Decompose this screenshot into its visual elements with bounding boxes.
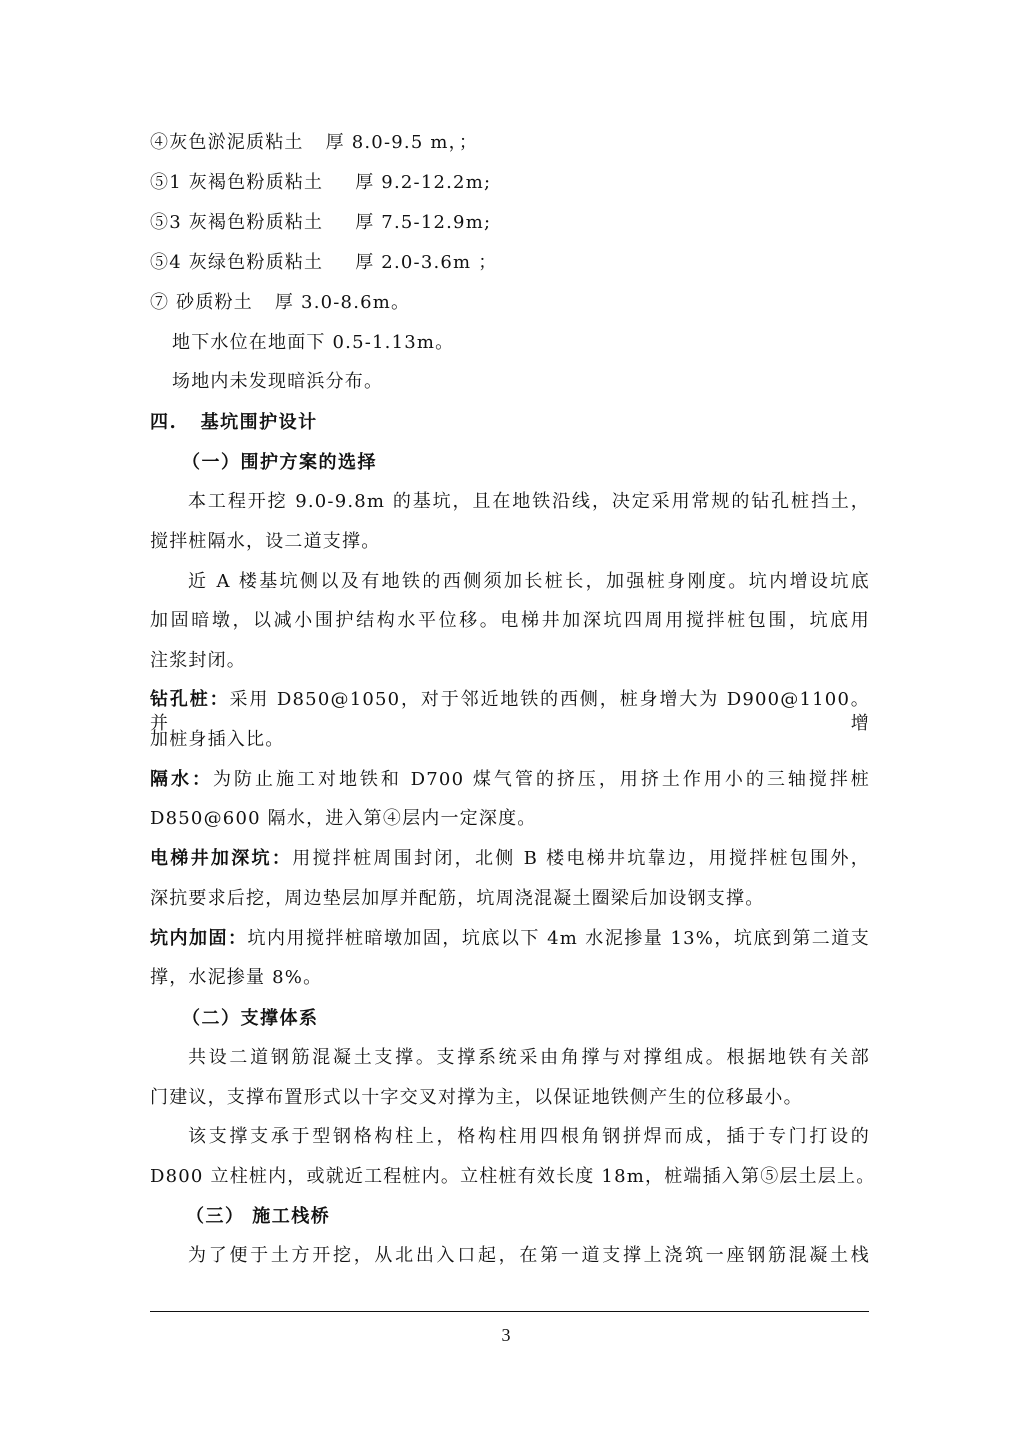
item-term: 隔水： (150, 769, 213, 790)
paragraph-line: 共设二道钢筋混凝土支撑。支撑系统采由角撑与对撑组成。根据地铁有关部 (188, 1046, 870, 1070)
soil-layer-5-3: ⑤3 灰褐色粉质粘土厚 7.5-12.9m; (150, 211, 870, 235)
soil-layer-thickness: 厚 2.0-3.6m ； (355, 252, 497, 273)
paragraph-line: 加桩身插入比。 (150, 728, 870, 752)
paragraph-line: 该支撑支承于型钢格构柱上，格构柱用四根角钢拼焊而成，插于专门打设的 (188, 1125, 870, 1149)
document-page: ④灰色淤泥质粘土厚 8.0-9.5 m，； ⑤1 灰褐色粉质粘土厚 9.2-12… (0, 0, 1012, 1431)
item-term: 钻孔桩： (150, 689, 230, 710)
soil-layer-thickness: 厚 7.5-12.9m; (355, 212, 491, 233)
paragraph-line: 近 A 楼基坑侧以及有地铁的西侧须加长桩长，加强桩身刚度。坑内增设坑底 (188, 570, 870, 594)
soil-layer-label: ⑤1 灰褐色粉质粘土 (150, 172, 323, 193)
soil-layer-label: ⑤4 灰绿色粉质粘土 (150, 252, 323, 273)
paragraph-line: 撑，水泥掺量 8%。 (150, 966, 870, 990)
footer-divider (150, 1311, 869, 1312)
paragraph-line: 深抗要求后挖，周边垫层加厚并配筋，坑周浇混凝土圈梁后加设钢支撑。 (150, 887, 870, 911)
subsection-heading-1: （一）围护方案的选择 (182, 451, 902, 475)
item-term: 坑内加固： (150, 928, 247, 949)
item-text: 为防止施工对地铁和 D700 煤气管的挤压，用挤土作用小的三轴搅拌桩 (213, 769, 870, 790)
soil-layer-label: ④灰色淤泥质粘土 (150, 132, 304, 153)
soil-layer-label: ⑦ 砂质粉土 (150, 292, 253, 313)
soil-layer-thickness: 厚 9.2-12.2m; (355, 172, 491, 193)
page-number: 3 (0, 1325, 1012, 1346)
paragraph-line: 门建议，支撑布置形式以十字交叉对撑为主，以保证地铁侧产生的位移最小。 (150, 1086, 870, 1110)
item-text: 坑内用搅拌桩暗墩加固，坑底以下 4m 水泥掺量 13%，坑底到第二道支 (247, 928, 870, 949)
soil-layer-5-4: ⑤4 灰绿色粉质粘土厚 2.0-3.6m ； (150, 251, 870, 275)
paragraph-line: D850@600 隔水，进入第④层内一定深度。 (150, 807, 870, 831)
item-water-cutoff: 隔水：为防止施工对地铁和 D700 煤气管的挤压，用挤土作用小的三轴搅拌桩 (150, 768, 870, 792)
paragraph-line: D800 立柱桩内，或就近工程桩内。立柱桩有效长度 18m，桩端插入第⑤层土层上… (150, 1165, 870, 1189)
item-term: 电梯井加深坑： (150, 848, 292, 869)
soil-layer-4: ④灰色淤泥质粘土厚 8.0-9.5 m，； (150, 131, 870, 155)
soil-layer-thickness: 厚 3.0-8.6m。 (275, 292, 410, 313)
subsection-heading-2: （二）支撑体系 (182, 1007, 902, 1031)
soil-layer-thickness: 厚 8.0-9.5 m，； (326, 132, 478, 153)
soil-layer-7: ⑦ 砂质粉土厚 3.0-8.6m。 (150, 291, 870, 315)
paragraph-line: 搅拌桩隔水，设二道支撑。 (150, 530, 870, 554)
item-text: 用搅拌桩周围封闭，北侧 B 楼电梯井坑靠边，用搅拌桩包围外， (292, 848, 870, 869)
hidden-pond-text: 场地内未发现暗浜分布。 (172, 370, 892, 394)
soil-layer-label: ⑤3 灰褐色粉质粘土 (150, 212, 323, 233)
groundwater-text: 地下水位在地面下 0.5-1.13m。 (172, 331, 892, 355)
paragraph-line: 加固暗墩，以减小围护结构水平位移。电梯井加深坑四周用搅拌桩包围，坑底用 (150, 609, 870, 633)
soil-layer-5-1: ⑤1 灰褐色粉质粘土厚 9.2-12.2m; (150, 171, 870, 195)
section-heading: 四. 基坑围护设计 (150, 411, 870, 435)
item-elevator-pit: 电梯井加深坑：用搅拌桩周围封闭，北侧 B 楼电梯井坑靠边，用搅拌桩包围外， (150, 847, 870, 871)
subsection-heading-3: （三） 施工栈桥 (186, 1205, 906, 1229)
paragraph-line: 本工程开挖 9.0-9.8m 的基坑，且在地铁沿线，决定采用常规的钻孔桩挡土， (188, 490, 870, 514)
paragraph-line: 为了便于土方开挖，从北出入口起，在第一道支撑上浇筑一座钢筋混凝土栈 (188, 1244, 870, 1268)
paragraph-line: 注浆封闭。 (150, 649, 870, 673)
item-pit-reinforcement: 坑内加固：坑内用搅拌桩暗墩加固，坑底以下 4m 水泥掺量 13%，坑底到第二道支 (150, 927, 870, 951)
